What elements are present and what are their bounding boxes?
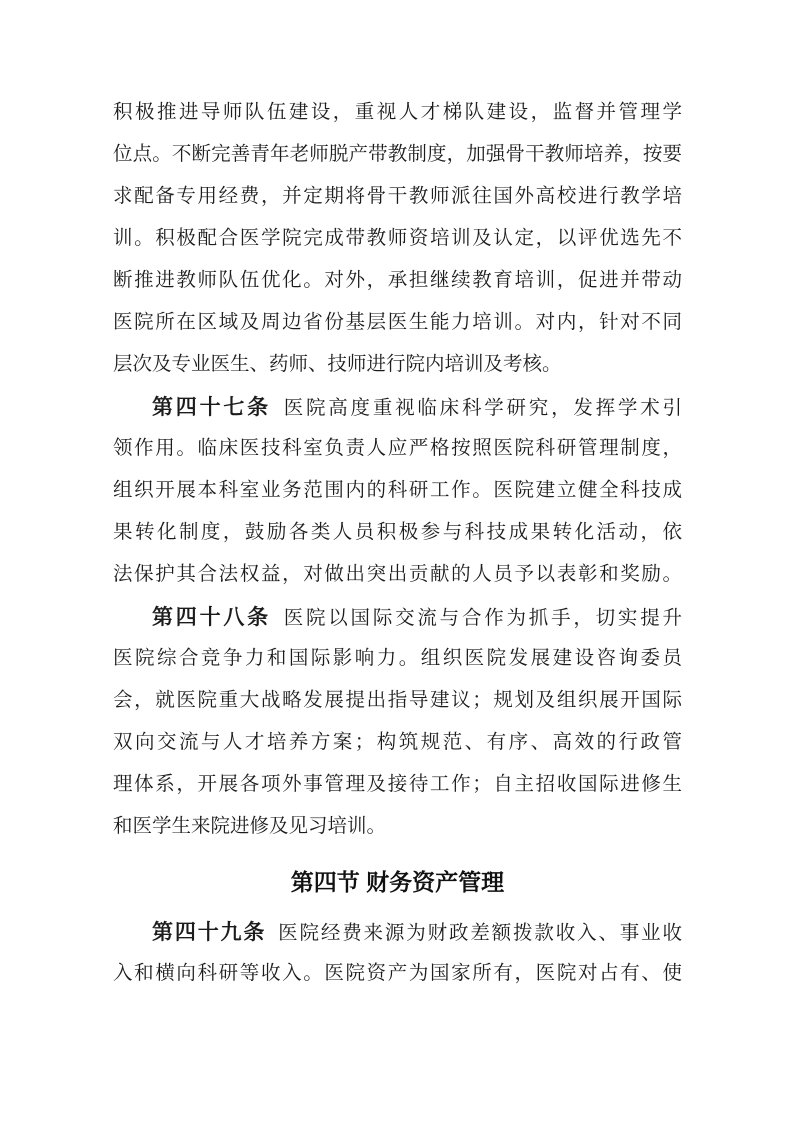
article-49-first-text: 医院经费来源为财政差额拨款收入、事业收 [276, 923, 682, 944]
article-48-first-text: 医院以国际交流与合作为抓手，切实提升 [281, 608, 682, 629]
text-line: 会，就医院重大战略发展提出指导建议；规划及组织展开国际 [113, 680, 682, 722]
article-49-number: 第四十九条 [152, 920, 266, 944]
text-block: 积极推进导师队伍建设，重视人才梯队建设，监督并管理学 位点。不断完善青年老师脱产… [113, 92, 682, 995]
text-line: 训。积极配合医学院完成带教师资培训及认定，以评优选先不 [113, 218, 682, 260]
text-line: 积极推进导师队伍建设，重视人才梯队建设，监督并管理学 [113, 92, 682, 134]
article-48-number: 第四十八条 [152, 605, 271, 629]
text-line: 理体系，开展各项外事管理及接待工作；自主招收国际进修生 [113, 764, 682, 806]
text-line: 组织开展本科室业务范围内的科研工作。医院建立健全科技成 [113, 470, 682, 512]
article-47-first-text: 医院高度重视临床科学研究，发挥学术引 [281, 398, 682, 419]
article-48-first-line: 第四十八条医院以国际交流与合作为抓手，切实提升 [113, 596, 682, 638]
document-page: 积极推进导师队伍建设，重视人才梯队建设，监督并管理学 位点。不断完善青年老师脱产… [0, 0, 793, 1122]
text-line: 法保护其合法权益，对做出突出贡献的人员予以表彰和奖励。 [113, 554, 682, 596]
article-47-first-line: 第四十七条医院高度重视临床科学研究，发挥学术引 [113, 386, 682, 428]
article-49-first-line: 第四十九条医院经费来源为财政差额拨款收入、事业收 [113, 911, 682, 953]
text-line: 层次及专业医生、药师、技师进行院内培训及考核。 [113, 344, 682, 386]
text-line: 双向交流与人才培养方案；构筑规范、有序、高效的行政管 [113, 722, 682, 764]
text-line: 断推进教师队伍优化。对外，承担继续教育培训，促进并带动 [113, 260, 682, 302]
text-line: 医院所在区域及周边省份基层医生能力培训。对内，针对不同 [113, 302, 682, 344]
text-line: 求配备专用经费，并定期将骨干教师派往国外高校进行教学培 [113, 176, 682, 218]
section-heading: 第四节 财务资产管理 [113, 861, 682, 903]
text-line: 和医学生来院进修及见习培训。 [113, 806, 682, 848]
text-line: 领作用。临床医技科室负责人应严格按照医院科研管理制度， [113, 428, 682, 470]
article-47-number: 第四十七条 [152, 395, 271, 419]
text-line: 医院综合竞争力和国际影响力。组织医院发展建设咨询委员 [113, 638, 682, 680]
text-line: 入和横向科研等收入。医院资产为国家所有，医院对占有、使 [113, 953, 682, 995]
text-line: 果转化制度，鼓励各类人员积极参与科技成果转化活动，依 [113, 512, 682, 554]
text-line: 位点。不断完善青年老师脱产带教制度，加强骨干教师培养，按要 [113, 134, 682, 176]
